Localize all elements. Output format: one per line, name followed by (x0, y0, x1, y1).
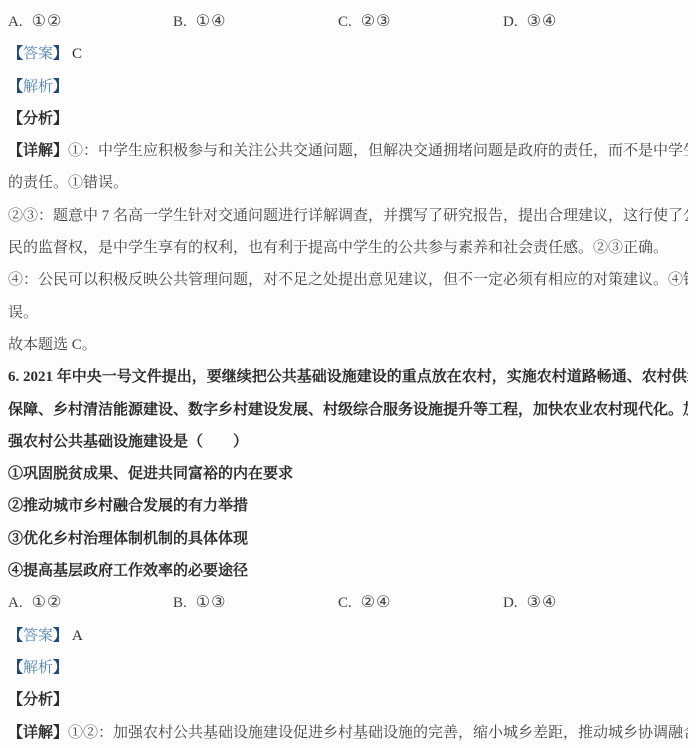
q6-option-b: B.①③ (173, 587, 338, 619)
q5-detail-line-4: 民的监督权，是中学生享有的权利，也有利于提高中学生的公共参与素养和社会责任感。②… (8, 232, 688, 264)
bracket-open: 【 (8, 79, 23, 95)
bracket-close: 】 (53, 46, 68, 62)
answer-label: 答案 (23, 46, 53, 62)
q6-option-d: D.③④ (503, 587, 557, 619)
jiexi-label: 解析 (23, 79, 53, 95)
bracket-close: 】 (53, 79, 68, 95)
option-numbers: ③④ (527, 594, 558, 611)
answer-label: 答案 (23, 628, 53, 644)
q6-jiexi-line: 【解析】 (8, 652, 688, 684)
q6-fenxi-line: 【分析】 (8, 684, 688, 716)
option-numbers: ①④ (196, 13, 227, 30)
q5-detail-line-5: ④：公民可以积极反映公共管理问题，对不足之处提出意见建议，但不一定必须有相应的对… (8, 264, 688, 296)
option-numbers: ③④ (527, 13, 558, 30)
detail-text: ①：中学生应积极参与和关注公共交通问题，但解决交通拥堵问题是政府的责任，而不是中… (68, 143, 688, 159)
q6-item-4: ④提高基层政府工作效率的必要途径 (8, 555, 688, 587)
q6-answer-line: 【答案】A (8, 620, 688, 652)
option-numbers: ①② (32, 594, 63, 611)
bracket-close: 】 (53, 660, 68, 676)
option-letter: C. (338, 595, 352, 611)
q6-option-c: C.②④ (338, 587, 503, 619)
q5-answer-value: C (72, 46, 82, 62)
xiangjie-label: 【详解】 (8, 725, 68, 741)
q6-option-a: A.①② (8, 587, 173, 619)
q5-detail-line-1: 【详解】①：中学生应积极参与和关注公共交通问题，但解决交通拥堵问题是政府的责任，… (8, 135, 688, 167)
q5-options-row: A.①② B.①④ C.②③ D.③④ (8, 6, 688, 38)
q5-option-c: C.②③ (338, 6, 503, 38)
q6-detail-line-1: 【详解】①②：加强农村公共基础设施建设促进乡村基础设施的完善，缩小城乡差距，推动… (8, 717, 688, 748)
bracket-open: 【 (8, 46, 23, 62)
q6-options-row: A.①② B.①③ C.②④ D.③④ (8, 587, 688, 619)
q6-item-2: ②推动城市乡村融合发展的有力举措 (8, 490, 688, 522)
option-numbers: ①③ (196, 594, 227, 611)
q6-answer-value: A (72, 628, 83, 644)
q5-answer-line: 【答案】C (8, 38, 688, 70)
option-letter: B. (173, 14, 187, 30)
q5-option-a: A.①② (8, 6, 173, 38)
option-letter: A. (8, 595, 23, 611)
option-numbers: ②③ (361, 13, 392, 30)
q5-detail-line-6: 误。 (8, 297, 688, 329)
q5-option-b: B.①④ (173, 6, 338, 38)
option-letter: D. (503, 595, 518, 611)
option-letter: D. (503, 14, 518, 30)
q6-stem-line-2: 保障、乡村清洁能源建设、数字乡村建设发展、村级综合服务设施提升等工程，加快农业农… (8, 394, 688, 426)
q5-detail-line-2: 的责任。①错误。 (8, 167, 688, 199)
q6-stem-line-3: 强农村公共基础设施建设是（ ） (8, 426, 688, 458)
bracket-close: 】 (53, 628, 68, 644)
bracket-open: 【 (8, 628, 23, 644)
q5-option-d: D.③④ (503, 6, 557, 38)
q6-stem-line-1: 6. 2021 年中央一号文件提出，要继续把公共基础设施建设的重点放在农村，实施… (8, 361, 688, 393)
detail-text: ①②：加强农村公共基础设施建设促进乡村基础设施的完善，缩小城乡差距，推动城乡协调… (68, 725, 688, 741)
bracket-open: 【 (8, 660, 23, 676)
q5-fenxi-line: 【分析】 (8, 103, 688, 135)
exam-answer-page: A.①② B.①④ C.②③ D.③④ 【答案】C 【解析】 【分析】 【详解】… (0, 0, 696, 748)
q5-conclusion-line: 故本题选 C。 (8, 329, 688, 361)
jiexi-label: 解析 (23, 660, 53, 676)
option-letter: A. (8, 14, 23, 30)
q6-item-3: ③优化乡村治理体制机制的具体体现 (8, 523, 688, 555)
option-letter: C. (338, 14, 352, 30)
option-letter: B. (173, 595, 187, 611)
xiangjie-label: 【详解】 (8, 143, 68, 159)
option-numbers: ②④ (361, 594, 392, 611)
q5-jiexi-line: 【解析】 (8, 71, 688, 103)
q5-detail-line-3: ②③：题意中 7 名高一学生针对交通问题进行详解调查，并撰写了研究报告，提出合理… (8, 200, 688, 232)
q6-item-1: ①巩固脱贫成果、促进共同富裕的内在要求 (8, 458, 688, 490)
option-numbers: ①② (32, 13, 63, 30)
